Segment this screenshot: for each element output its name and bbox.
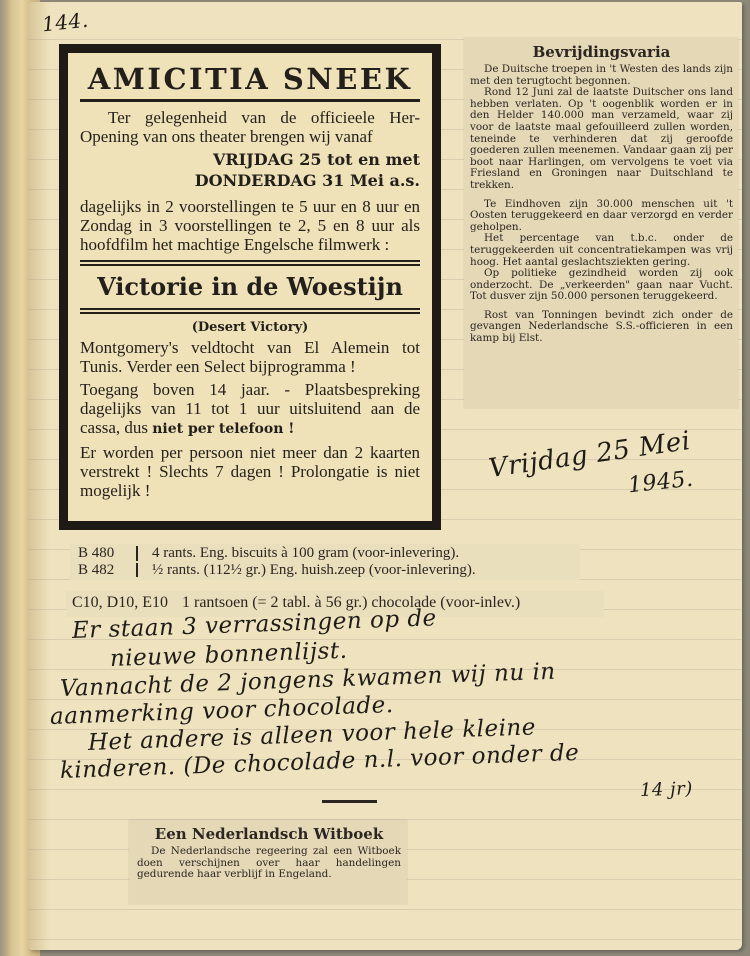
ad-booking: Toegang boven 14 jaar. - Plaatsbesprekin… (80, 380, 420, 439)
clipping-title: Een Nederlandsch Witboek (137, 825, 401, 843)
ration-code: B 482 (78, 562, 136, 579)
ad-intro: Ter gelegenheid van de officieele Her-Op… (80, 108, 420, 146)
ad-limits: Er worden per persoon niet meer dan 2 ka… (80, 443, 420, 500)
clipping-body: De Nederlandsche regeering zal een Witbo… (137, 846, 401, 881)
ad-booking-emphasis: niet per telefoon ! (152, 421, 294, 437)
clipping-title: Bevrijdingsvaria (470, 43, 733, 61)
ad-date-line-2: DONDERDAG 31 Mei a.s. (80, 170, 420, 191)
ad-description: Montgomery's veldtocht van El Alemein to… (80, 338, 420, 376)
clipping-witboek: Een Nederlandsch Witboek De Nederlandsch… (129, 820, 407, 904)
clipping-paragraph: Te Eindhoven zijn 30.000 menschen uit 't… (470, 199, 733, 234)
ad-title-rule (80, 99, 420, 102)
page-number: 144. (41, 8, 90, 37)
ration-row: B 480 4 rants. Eng. biscuits à 100 gram … (78, 545, 580, 562)
ad-date-line-1: VRIJDAG 25 tot en met (80, 149, 420, 170)
clipping-bevrijdingsvaria: Bevrijdingsvaria De Duitsche troepen in … (464, 38, 738, 408)
clipping-paragraph: Rost van Tonningen bevindt zich onder de… (470, 310, 733, 345)
page-gutter-shade (28, 2, 50, 950)
clipping-paragraph: Op politieke gezindheid worden zij ook o… (470, 268, 733, 303)
ration-strip-b: B 480 4 rants. Eng. biscuits à 100 gram … (70, 544, 580, 580)
handwritten-note-line: 14 jr) (640, 778, 694, 801)
clipping-paragraph: Het percentage van t.b.c. onder de terug… (470, 233, 733, 268)
ration-code: C10, D10, E10 (72, 594, 182, 612)
clipping-paragraph: Rond 12 Juni zal de laatste Duitscher on… (470, 87, 733, 191)
ad-dates: VRIJDAG 25 tot en met DONDERDAG 31 Mei a… (80, 149, 420, 191)
ration-text: 4 rants. Eng. biscuits à 100 gram (voor-… (152, 545, 459, 562)
ration-separator (136, 563, 138, 578)
ad-schedule: dagelijks in 2 voorstellingen te 5 uur e… (80, 197, 420, 254)
ad-film-subtitle: (Desert Victory) (80, 320, 420, 335)
ad-film-rule-top (80, 260, 420, 266)
clipping-paragraph: De Duitsche troepen in 't Westen des lan… (470, 64, 733, 87)
ad-title: AMICITIA SNEEK (80, 60, 420, 98)
ration-code: B 480 (78, 545, 136, 562)
cinema-advertisement: AMICITIA SNEEK Ter gelegenheid van de of… (59, 44, 441, 530)
ad-film-rule-bottom (80, 308, 420, 314)
divider-line (322, 800, 377, 803)
ration-row: B 482 ½ rants. (112½ gr.) Eng. huish.zee… (78, 562, 580, 579)
ration-separator (136, 546, 138, 561)
ad-film-title: Victorie in de Woestijn (80, 272, 420, 302)
ration-text: ½ rants. (112½ gr.) Eng. huish.zeep (voo… (152, 562, 476, 579)
